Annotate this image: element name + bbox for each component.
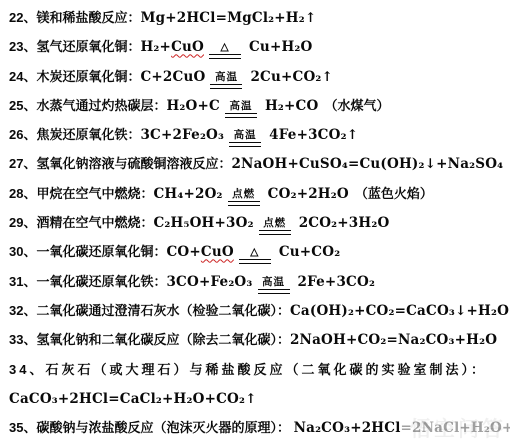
- formula-text: Ca(OH)₂+CO₂=CaCO₃↓+H₂O: [290, 303, 509, 319]
- equals-double-line: [209, 54, 241, 59]
- equals-double-line: [228, 201, 260, 206]
- equation-label: 25、水蒸气通过灼热碳层：: [9, 98, 166, 113]
- formula-text-spellcheck: CuO: [201, 244, 234, 260]
- equation-label: 24、木炭还原氧化铜：: [9, 69, 140, 84]
- equation-label: 22、镁和稀盐酸反应：: [9, 10, 140, 25]
- equation-line: 26、焦炭还原氧化铁：3C+2Fe₂O₃高温4Fe+3CO₂↑: [9, 120, 510, 149]
- reaction-condition: 高温: [225, 101, 257, 118]
- condition-label: 点燃: [259, 218, 291, 229]
- equation-label: 27、氢氧化钠溶液与硫酸铜溶液反应：: [9, 156, 231, 171]
- equation-line: 22、镁和稀盐酸反应：Mg+2HCl=MgCl₂+H₂↑: [9, 3, 510, 32]
- formula-text: 4Fe+3CO₂↑: [269, 127, 358, 143]
- note-text: （蓝色火焰）: [355, 186, 433, 201]
- equation-line: 27、氢氧化钠溶液与硫酸铜溶液反应：2NaOH+CuSO₄=Cu(OH)₂↓+N…: [9, 149, 510, 178]
- formula-text: Mg+2HCl=MgCl₂+H₂↑: [140, 10, 316, 26]
- equation-list: 22、镁和稀盐酸反应：Mg+2HCl=MgCl₂+H₂↑23、氢气还原氧化铜：H…: [9, 3, 510, 442]
- equals-double-line: [258, 289, 290, 294]
- equation-line: 35、碳酸钠与浓盐酸反应（泡沫灭火器的原理）： Na₂CO₃+2HCl=2NaC…: [9, 413, 510, 442]
- formula-text: 2NaOH+CO₂=Na₂CO₃+H₂O: [290, 332, 497, 348]
- formula-text: CO₂+2H₂O: [268, 186, 349, 202]
- condition-label: 高温: [258, 277, 290, 288]
- reaction-condition: 高温: [210, 72, 242, 89]
- formula-text: 3CO+Fe₂O₃: [166, 274, 252, 290]
- equation-line: 31、一氧化碳还原氧化铁：3CO+Fe₂O₃高温2Fe+3CO₂: [9, 267, 510, 296]
- formula-text: 2Cu+CO₂↑: [250, 69, 333, 85]
- formula-text: H₂O+C: [166, 98, 219, 114]
- equation-line: 29、酒精在空气中燃烧：C₂H₅OH+3O₂点燃2CO₂+3H₂O: [9, 208, 510, 237]
- equation-line: 23、氢气还原氧化铜：H₂+CuO△Cu+H₂O: [9, 32, 510, 61]
- equation-label: 23、氢气还原氧化铜：: [9, 39, 140, 54]
- formula-text: CO+: [166, 244, 200, 260]
- note-text: （水煤气）: [324, 98, 389, 113]
- formula-text: 2Fe+3CO₂: [298, 274, 376, 290]
- equation-line: 33、氢氧化钠和二氧化碳反应（除去二氧化碳）：2NaOH+CO₂=Na₂CO₃+…: [9, 325, 510, 354]
- equals-double-line: [239, 259, 271, 264]
- equation-label: 30、一氧化碳还原氧化铜：: [9, 244, 166, 259]
- equation-line: 25、水蒸气通过灼热碳层：H₂O+C高温H₂+CO（水煤气）: [9, 91, 510, 120]
- condition-label: 高温: [229, 130, 261, 141]
- equation-label: 31、一氧化碳还原氧化铁：: [9, 274, 166, 289]
- equation-label: 28、甲烷在空气中燃烧：: [9, 186, 153, 201]
- formula-text: C+2CuO: [140, 69, 205, 85]
- condition-label: 点燃: [228, 189, 260, 200]
- formula-text: 2NaOH+CuSO₄=Cu(OH)₂↓+Na₂SO₄: [231, 156, 503, 172]
- formula-text: H₂+: [140, 39, 171, 55]
- condition-label: △: [239, 247, 271, 258]
- equals-double-line: [229, 142, 261, 147]
- equation-label: 35、碳酸钠与浓盐酸反应（泡沫灭火器的原理）：: [9, 420, 294, 435]
- equation-label: 34、石灰石（或大理石）与稀盐酸反应（二氧化碳的实验室制法）：: [9, 362, 487, 377]
- formula-text: C₂H₅OH+3O₂: [153, 215, 253, 231]
- equation-label: 26、焦炭还原氧化铁：: [9, 127, 140, 142]
- equation-line: 28、甲烷在空气中燃烧：CH₄+2O₂点燃CO₂+2H₂O（蓝色火焰）: [9, 179, 510, 208]
- reaction-condition: 高温: [229, 130, 261, 147]
- equals-double-line: [210, 84, 242, 89]
- equation-label: 33、氢氧化钠和二氧化碳反应（除去二氧化碳）：: [9, 332, 290, 347]
- reaction-condition: 点燃: [228, 189, 260, 206]
- condition-label: 高温: [210, 72, 242, 83]
- equation-label: 32、二氧化碳通过澄清石灰水（检验二氧化碳）：: [9, 303, 290, 318]
- reaction-condition: △: [209, 42, 241, 59]
- condition-label: △: [209, 42, 241, 53]
- formula-text: 3C+2Fe₂O₃: [140, 127, 224, 143]
- equation-line: 32、二氧化碳通过澄清石灰水（检验二氧化碳）：Ca(OH)₂+CO₂=CaCO₃…: [9, 296, 510, 325]
- equation-line: 24、木炭还原氧化铜：C+2CuO高温2Cu+CO₂↑: [9, 62, 510, 91]
- formula-text: CaCO₃+2HCl=CaCl₂+H₂O+CO₂↑: [9, 391, 257, 407]
- reaction-condition: △: [239, 247, 271, 264]
- chemistry-equations-document: 22、镁和稀盐酸反应：Mg+2HCl=MgCl₂+H₂↑23、氢气还原氧化铜：H…: [0, 0, 510, 445]
- formula-text-faded: =2NaCl+H₂O+CO₂↑: [401, 420, 510, 436]
- equals-double-line: [259, 230, 291, 235]
- formula-text: CH₄+2O₂: [153, 186, 222, 202]
- formula-text: Cu+H₂O: [249, 39, 313, 55]
- reaction-condition: 高温: [258, 277, 290, 294]
- equation-line: 30、一氧化碳还原氧化铜：CO+CuO△Cu+CO₂: [9, 237, 510, 266]
- equation-label: 29、酒精在空气中燃烧：: [9, 215, 153, 230]
- reaction-condition: 点燃: [259, 218, 291, 235]
- formula-text: Na₂CO₃+2HCl: [294, 420, 401, 436]
- formula-text: H₂+CO: [265, 98, 318, 114]
- condition-label: 高温: [225, 101, 257, 112]
- formula-text: Cu+CO₂: [279, 244, 341, 260]
- equals-double-line: [225, 113, 257, 118]
- equation-line: 34、石灰石（或大理石）与稀盐酸反应（二氧化碳的实验室制法）：: [9, 355, 510, 384]
- formula-text: 2CO₂+3H₂O: [299, 215, 390, 231]
- formula-text-spellcheck: CuO: [171, 39, 204, 55]
- equation-line: CaCO₃+2HCl=CaCl₂+H₂O+CO₂↑: [9, 384, 510, 413]
